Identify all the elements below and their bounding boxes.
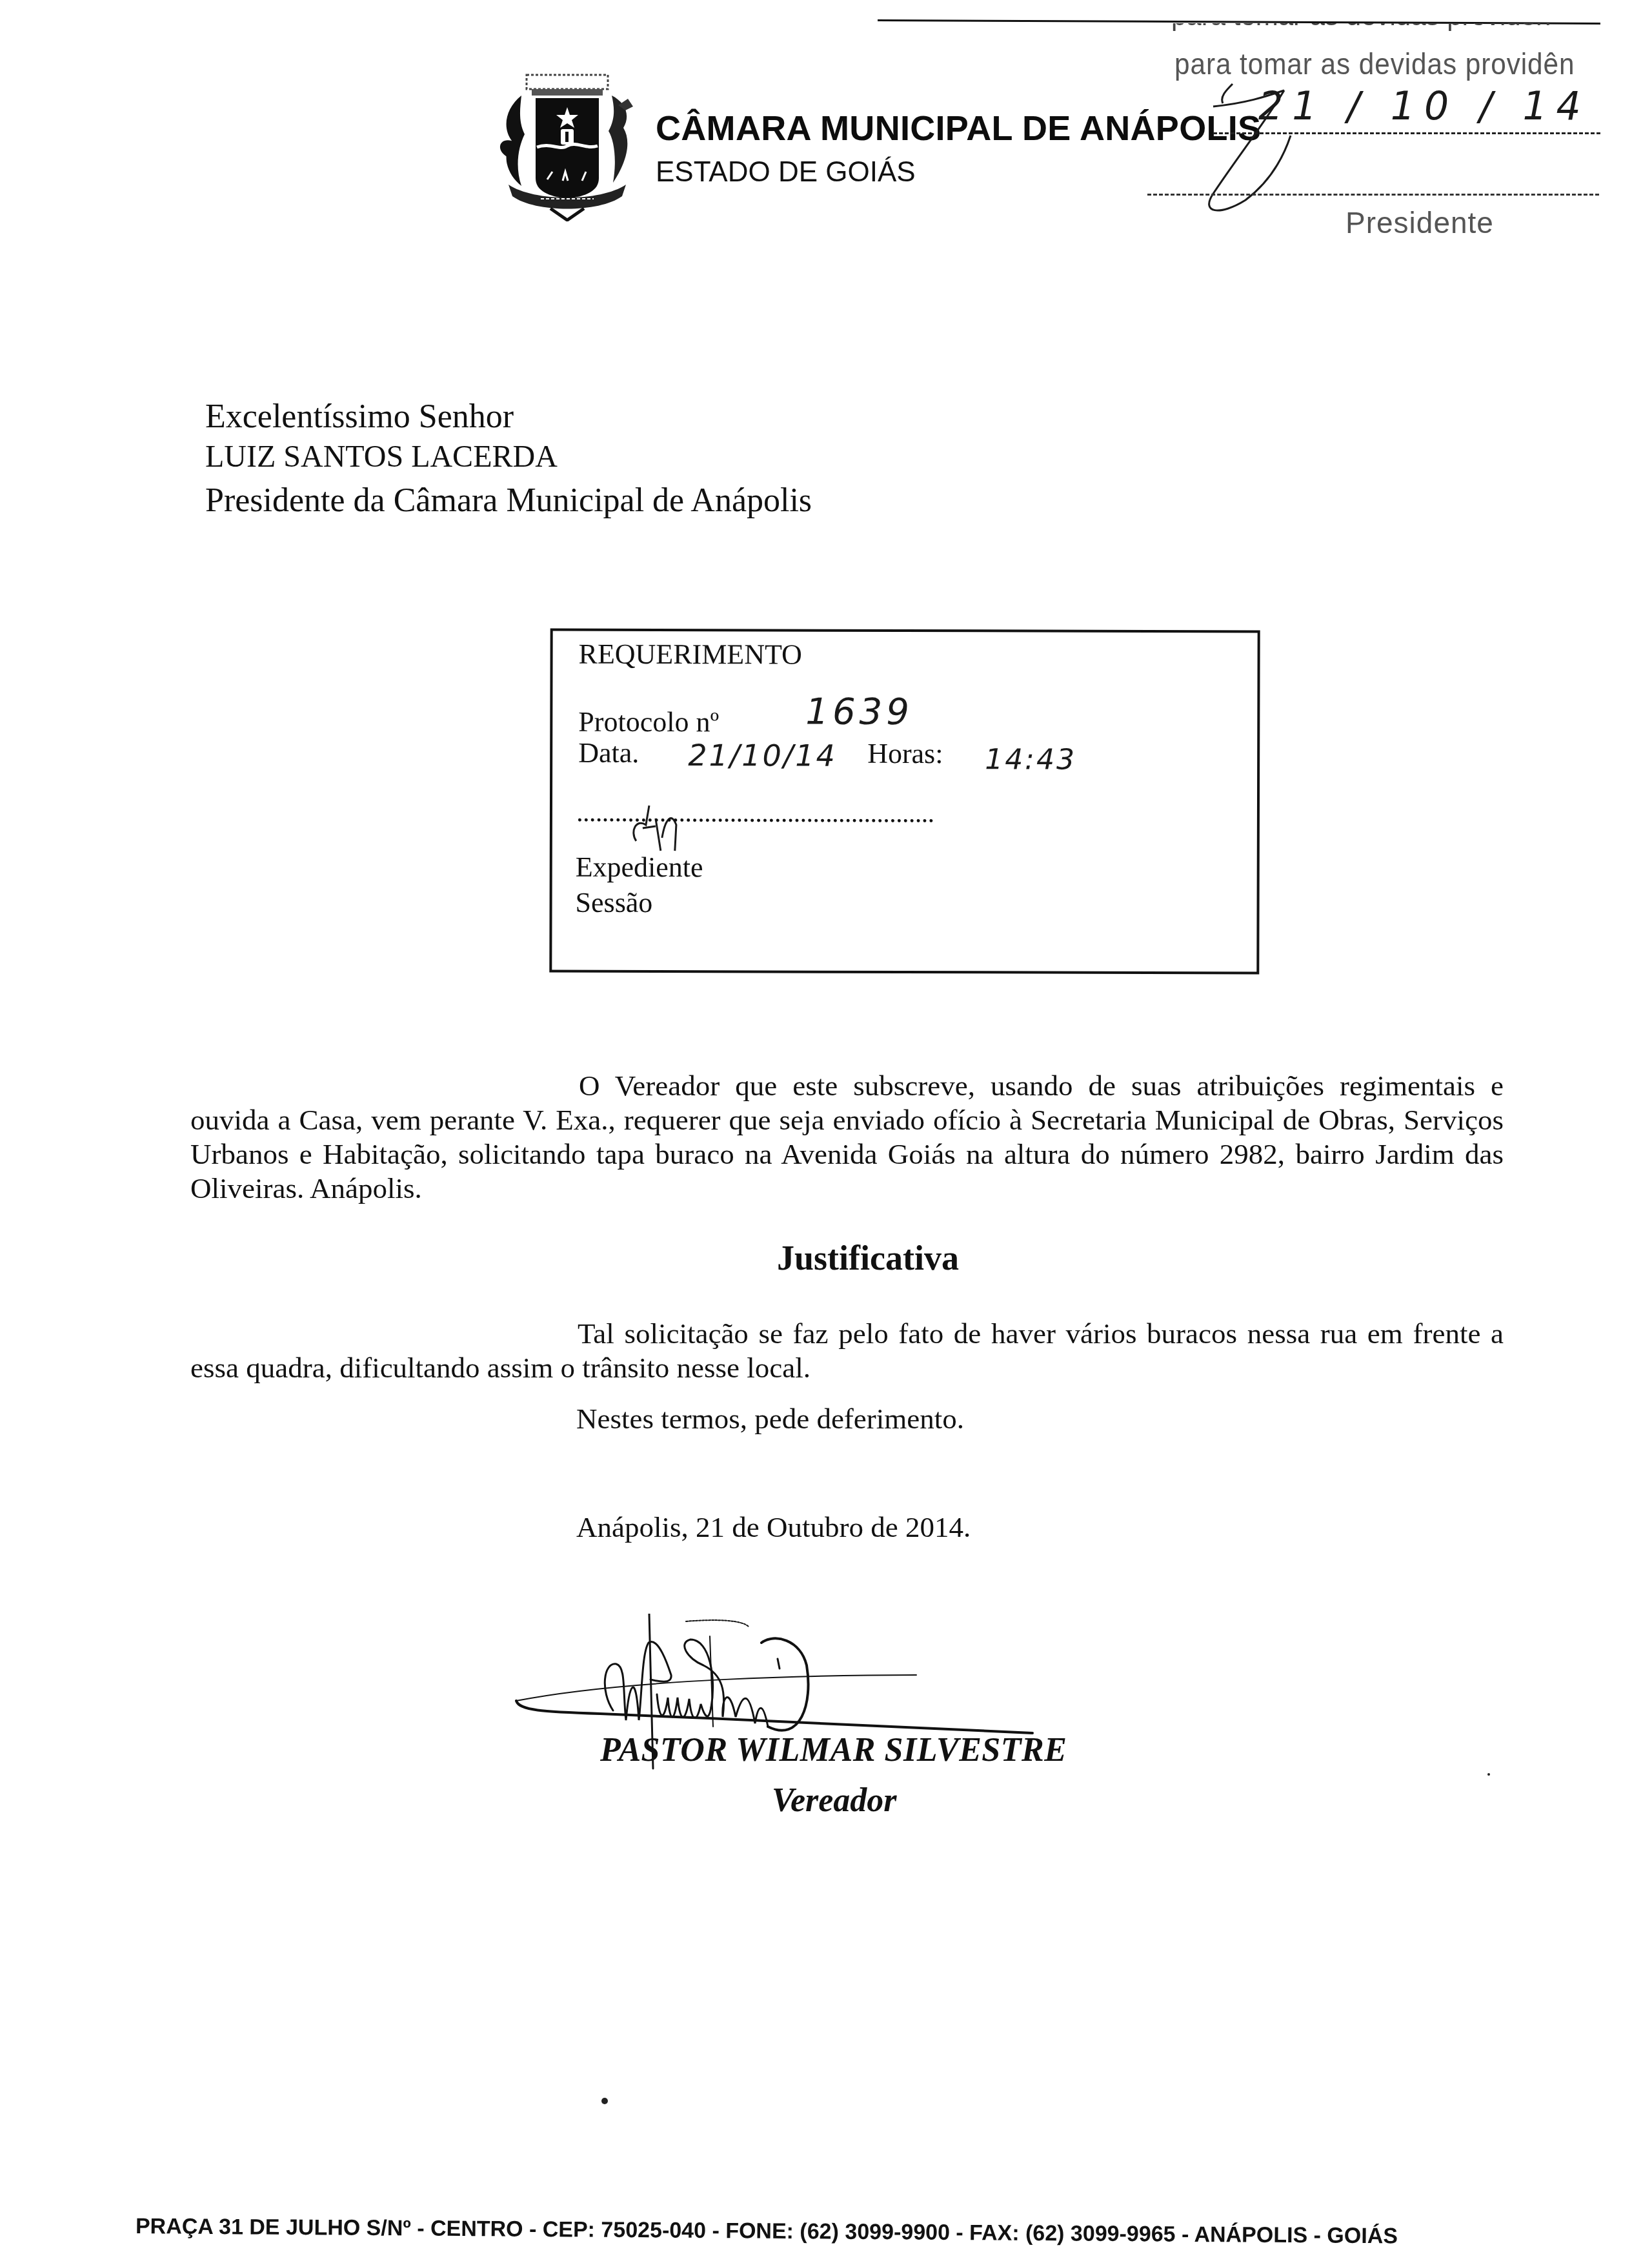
- protocol-number-label: Protocolo nº: [578, 705, 719, 739]
- stamp-president-label: Presidente: [1345, 205, 1494, 240]
- place-and-date: Anápolis, 21 de Outubro de 2014.: [576, 1510, 971, 1544]
- protocol-number-value: 1639: [805, 691, 913, 733]
- president-initial-signature-icon: [1187, 77, 1316, 226]
- protocol-stamp-box: REQUERIMENTO Protocolo nº 1639 Data. 21/…: [549, 629, 1260, 975]
- stamp-signature-line: [1147, 194, 1599, 196]
- addressee-name: LUIZ SANTOS LACERDA: [205, 439, 558, 474]
- justification-paragraph: Tal solicitação se faz pelo fato de have…: [190, 1317, 1504, 1385]
- institution-title: CÂMARA MUNICIPAL DE ANÁPOLIS: [656, 108, 1261, 148]
- protocol-date-label: Data.: [578, 736, 639, 769]
- protocol-date-value: 21/10/14: [688, 738, 837, 773]
- scan-speck: [1487, 1773, 1490, 1776]
- justification-heading: Justificativa: [0, 1238, 1652, 1278]
- institution-state: ESTADO DE GOIÁS: [656, 156, 916, 188]
- protocol-box-title: REQUERIMENTO: [579, 638, 802, 671]
- closing-line: Nestes termos, pede deferimento.: [576, 1402, 964, 1436]
- coat-of-arms-icon: [496, 70, 639, 221]
- signatory-role: Vereador: [772, 1781, 897, 1820]
- signatory-name: PASTOR WILMAR SILVESTRE: [600, 1731, 1067, 1769]
- request-paragraph: O Vereador que este subscreve, usando de…: [190, 1069, 1504, 1206]
- stamp-instruction-text: para tomar as devidas providên: [1174, 46, 1575, 81]
- footer-address: PRAÇA 31 DE JULHO S/Nº - CENTRO - CEP: 7…: [136, 2214, 1398, 2249]
- addressee-position: Presidente da Câmara Municipal de Anápol…: [205, 482, 812, 520]
- protocol-hours-label: Horas:: [867, 737, 943, 770]
- protocol-sessao-label: Sessão: [576, 886, 653, 919]
- addressee-salutation: Excelentíssimo Senhor: [205, 398, 514, 436]
- protocol-expediente-label: Expediente: [576, 851, 703, 884]
- protocol-hours-value: 14:43: [985, 743, 1076, 776]
- scan-speck: [601, 2098, 608, 2104]
- stamp-cut-line: para tomar as devidas providên: [1171, 23, 1591, 35]
